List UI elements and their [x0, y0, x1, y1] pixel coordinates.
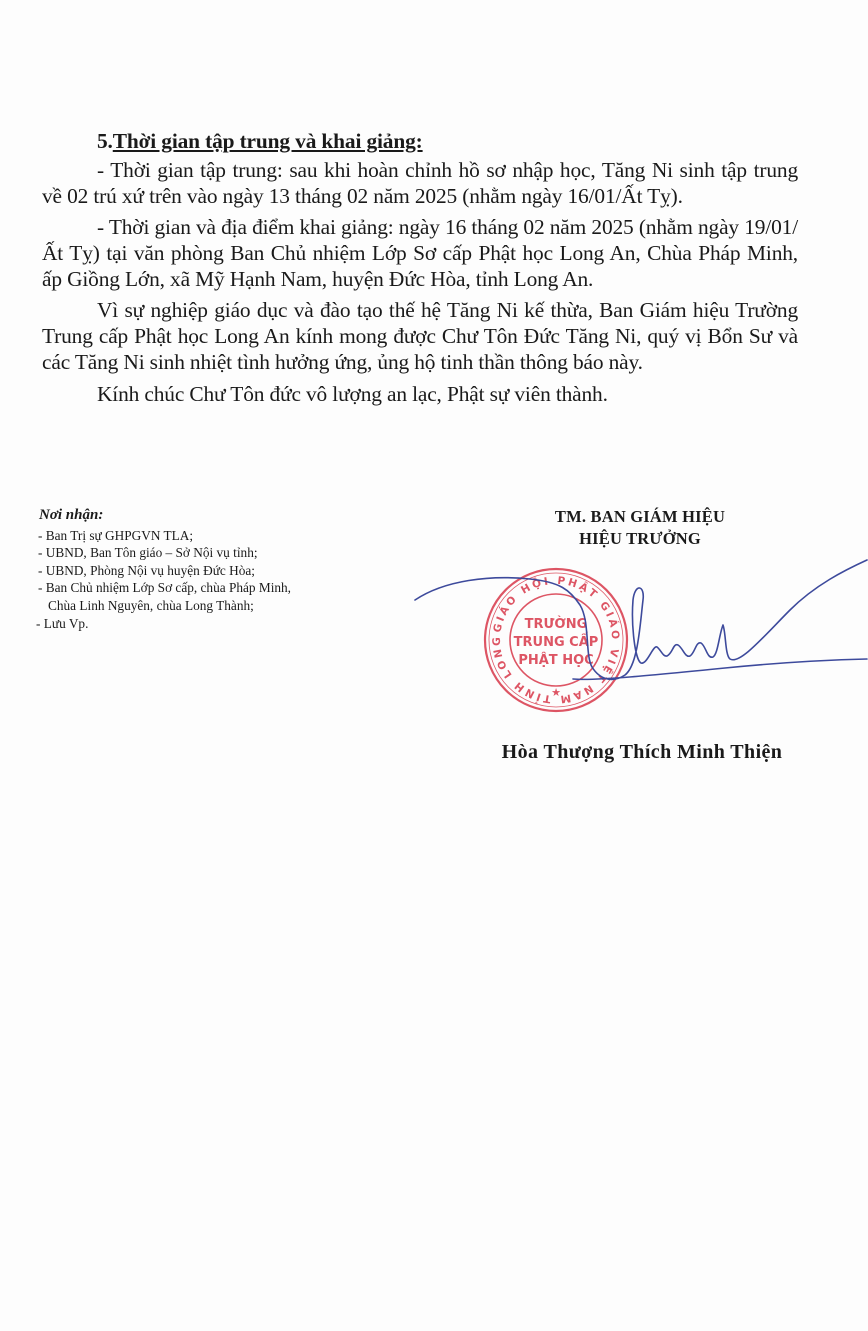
- recipient-item: - Ban Chủ nhiệm Lớp Sơ cấp, chùa Pháp Mi…: [38, 579, 291, 614]
- recipients-title: Nơi nhận:: [39, 507, 291, 525]
- paragraph-appeal: Vì sự nghiệp giáo dục và đào tạo thế hệ …: [42, 297, 798, 375]
- signature-title-block: TM. BAN GIÁM HIỆU HIỆU TRƯỞNG: [470, 506, 810, 550]
- signature-title-line1: TM. BAN GIÁM HIỆU: [470, 506, 810, 528]
- section-title: Thời gian tập trung và khai giảng:: [113, 129, 423, 153]
- section-heading: 5.Thời gian tập trung và khai giảng:: [42, 128, 798, 154]
- paragraph-opening-ceremony: - Thời gian và địa điểm khai giảng: ngày…: [42, 214, 798, 292]
- document-page: 5.Thời gian tập trung và khai giảng: - T…: [0, 0, 868, 1331]
- document-body: 5.Thời gian tập trung và khai giảng: - T…: [42, 128, 798, 407]
- section-number: 5.: [97, 129, 113, 153]
- recipient-item-line2: Chùa Linh Nguyên, chùa Long Thành;: [38, 597, 291, 615]
- signer-name: Hòa Thượng Thích Minh Thiện: [452, 741, 832, 764]
- recipient-item: - UBND, Ban Tôn giáo – Sở Nội vụ tỉnh;: [38, 544, 291, 562]
- recipient-item: - Lưu Vp.: [36, 615, 291, 633]
- handwritten-signature: [395, 555, 868, 705]
- recipient-item: - Ban Trị sự GHPGVN TLA;: [38, 527, 291, 545]
- recipient-item: - UBND, Phòng Nội vụ huyện Đức Hòa;: [38, 562, 291, 580]
- paragraph-assembly-time: - Thời gian tập trung: sau khi hoàn chỉn…: [42, 157, 798, 209]
- recipients-list: Nơi nhận: - Ban Trị sự GHPGVN TLA; - UBN…: [36, 507, 291, 632]
- recipient-item-line1: - Ban Chủ nhiệm Lớp Sơ cấp, chùa Pháp Mi…: [38, 580, 291, 595]
- paragraph-closing-wish: Kính chúc Chư Tôn đức vô lượng an lạc, P…: [42, 381, 798, 407]
- signature-title-line2: HIỆU TRƯỞNG: [470, 528, 810, 550]
